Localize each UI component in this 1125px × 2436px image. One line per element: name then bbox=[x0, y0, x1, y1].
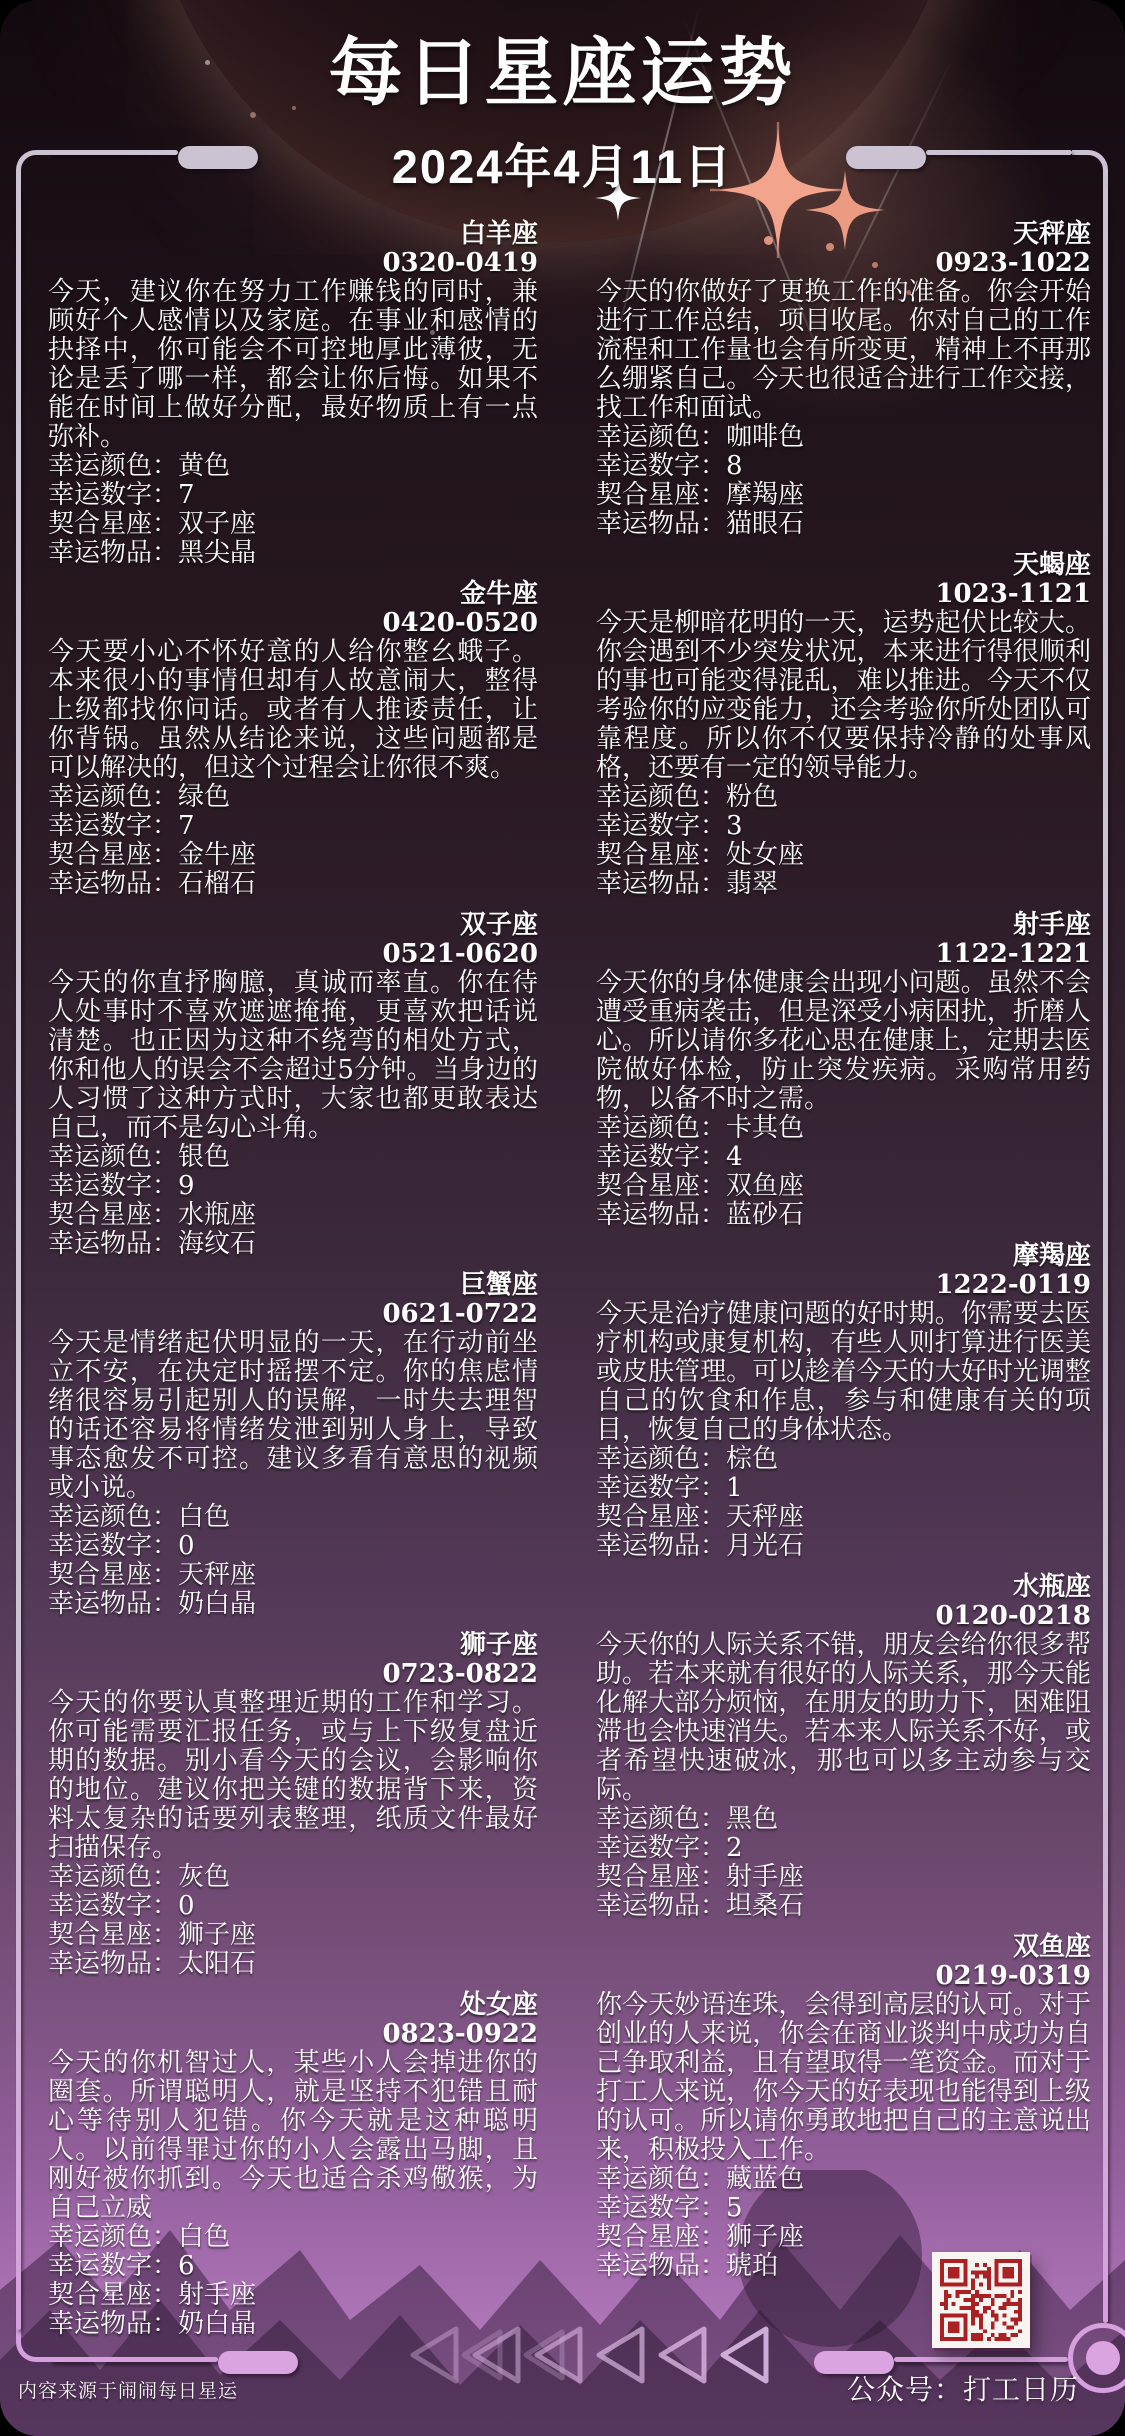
lucky-number-line: 幸运数字：0 bbox=[48, 1892, 538, 1921]
lucky-item-line: 幸运物品：奶白晶 bbox=[48, 1590, 538, 1619]
lucky-color-value: 黑色 bbox=[726, 1804, 778, 1834]
sign-date-range: 1122-1221 bbox=[596, 940, 1091, 969]
frame-corner bbox=[16, 2326, 52, 2362]
lucky-match-sign-label: 契合星座： bbox=[48, 840, 178, 870]
lucky-match-sign-label: 契合星座： bbox=[596, 1502, 726, 1532]
sign-section-aquarius: 水瓶座0120-0218今天你的人际关系不错，朋友会给你很多帮助。若本来就有很好… bbox=[596, 1573, 1091, 1921]
lucky-match-sign-value: 双子座 bbox=[178, 509, 256, 539]
sign-name: 天秤座 bbox=[596, 220, 1091, 249]
lucky-match-sign-value: 狮子座 bbox=[726, 2222, 804, 2252]
lucky-item-line: 幸运物品：海纹石 bbox=[48, 1230, 538, 1259]
sign-section-aries: 白羊座0320-0419今天，建议你在努力工作赚钱的同时，兼顾好个人感情以及家庭… bbox=[48, 220, 538, 568]
lucky-match-sign-label: 契合星座： bbox=[48, 509, 178, 539]
lucky-number-line: 幸运数字：7 bbox=[48, 812, 538, 841]
sign-horoscope-text: 今天的你直抒胸臆，真诚而率直。你在待人处事时不喜欢遮遮掩掩，更喜欢把话说清楚。也… bbox=[48, 969, 538, 1143]
lucky-item-line: 幸运物品：翡翠 bbox=[596, 870, 1091, 899]
lucky-match-sign-label: 契合星座： bbox=[48, 1920, 178, 1950]
lucky-number-value: 3 bbox=[726, 811, 743, 841]
lucky-match-sign-line: 契合星座：射手座 bbox=[596, 1863, 1091, 1892]
lucky-item-label: 幸运物品： bbox=[596, 1200, 726, 1230]
lucky-match-sign-value: 金牛座 bbox=[178, 840, 256, 870]
sign-section-capricorn: 摩羯座1222-0119今天是治疗健康问题的好时期。你需要去医疗机构或康复机构，… bbox=[596, 1242, 1091, 1561]
lucky-number-value: 0 bbox=[178, 1531, 195, 1561]
lucky-color-label: 幸运颜色： bbox=[48, 2222, 178, 2252]
lucky-number-value: 4 bbox=[726, 1142, 743, 1172]
frame-ring-dot bbox=[1086, 2341, 1120, 2375]
sign-name: 射手座 bbox=[596, 911, 1091, 940]
lucky-color-line: 幸运颜色：棕色 bbox=[596, 1445, 1091, 1474]
lucky-match-sign-line: 契合星座：处女座 bbox=[596, 841, 1091, 870]
lucky-item-label: 幸运物品： bbox=[48, 2309, 178, 2339]
lucky-number-value: 5 bbox=[726, 2193, 743, 2223]
sign-section-libra: 天秤座0923-1022今天的你做好了更换工作的准备。你会开始进行工作总结，项目… bbox=[596, 220, 1091, 539]
footer-source: 内容来源于闹闹每日星运 bbox=[18, 2376, 238, 2403]
lucky-color-value: 白色 bbox=[178, 1502, 230, 1532]
sign-section-leo: 狮子座0723-0822今天的你要认真整理近期的工作和学习。你可能需要汇报任务，… bbox=[48, 1631, 538, 1979]
lucky-number-value: 2 bbox=[726, 1833, 743, 1863]
lucky-number-value: 8 bbox=[726, 451, 743, 481]
sign-section-taurus: 金牛座0420-0520今天要小心不怀好意的人给你整幺蛾子。本来很小的事情但却有… bbox=[48, 580, 538, 899]
lucky-color-value: 咖啡色 bbox=[726, 422, 804, 452]
lucky-number-line: 幸运数字：7 bbox=[48, 481, 538, 510]
lucky-color-value: 银色 bbox=[178, 1142, 230, 1172]
sign-horoscope-text: 今天，建议你在努力工作赚钱的同时，兼顾好个人感情以及家庭。在事业和感情的抉择中，… bbox=[48, 278, 538, 452]
sign-section-virgo: 处女座0823-0922今天的你机智过人，某些小人会掉进你的圈套。所谓聪明人，就… bbox=[48, 1991, 538, 2339]
sign-horoscope-text: 今天是柳暗花明的一天，运势起伏比较大。你会遇到不少突发状况，本来进行得很顺利的事… bbox=[596, 609, 1091, 783]
lucky-color-label: 幸运颜色： bbox=[48, 782, 178, 812]
lucky-number-label: 幸运数字： bbox=[48, 811, 178, 841]
lucky-color-value: 粉色 bbox=[726, 782, 778, 812]
lucky-match-sign-value: 水瓶座 bbox=[178, 1200, 256, 1230]
lucky-match-sign-line: 契合星座：水瓶座 bbox=[48, 1201, 538, 1230]
lucky-match-sign-label: 契合星座： bbox=[596, 1862, 726, 1892]
lucky-number-label: 幸运数字： bbox=[596, 811, 726, 841]
lucky-item-label: 幸运物品： bbox=[48, 1589, 178, 1619]
lucky-item-label: 幸运物品： bbox=[596, 1891, 726, 1921]
lucky-color-value: 藏蓝色 bbox=[726, 2164, 804, 2194]
lucky-number-label: 幸运数字： bbox=[596, 1833, 726, 1863]
sign-horoscope-text: 今天的你机智过人，某些小人会掉进你的圈套。所谓聪明人，就是坚持不犯错且耐心等待别… bbox=[48, 2049, 538, 2223]
lucky-item-value: 琥珀 bbox=[726, 2251, 778, 2281]
sign-section-scorpio: 天蝎座1023-1121今天是柳暗花明的一天，运势起伏比较大。你会遇到不少突发状… bbox=[596, 551, 1091, 899]
arrow-decoration bbox=[408, 2326, 778, 2384]
lucky-match-sign-value: 天秤座 bbox=[726, 1502, 804, 1532]
lucky-number-label: 幸运数字： bbox=[48, 2251, 178, 2281]
lucky-number-label: 幸运数字： bbox=[48, 480, 178, 510]
sign-section-sagittarius: 射手座1122-1221今天你的身体健康会出现小问题。虽然不会遭受重病袭击，但是… bbox=[596, 911, 1091, 1230]
lucky-number-line: 幸运数字：0 bbox=[48, 1532, 538, 1561]
sign-horoscope-text: 今天的你要认真整理近期的工作和学习。你可能需要汇报任务，或与上下级复盘近期的数据… bbox=[48, 1689, 538, 1863]
sign-date-range: 0923-1022 bbox=[596, 249, 1091, 278]
lucky-match-sign-line: 契合星座：狮子座 bbox=[596, 2223, 1091, 2252]
page-title: 每日星座运势 bbox=[0, 14, 1125, 120]
sign-date-range: 0621-0722 bbox=[48, 1300, 538, 1329]
lucky-number-line: 幸运数字：3 bbox=[596, 812, 1091, 841]
lucky-match-sign-value: 处女座 bbox=[726, 840, 804, 870]
lucky-number-label: 幸运数字： bbox=[596, 451, 726, 481]
lucky-match-sign-label: 契合星座： bbox=[596, 480, 726, 510]
lucky-item-value: 太阳石 bbox=[178, 1949, 256, 1979]
lucky-match-sign-label: 契合星座： bbox=[48, 1200, 178, 1230]
lucky-item-line: 幸运物品：坦桑石 bbox=[596, 1892, 1091, 1921]
lucky-number-label: 幸运数字： bbox=[596, 1142, 726, 1172]
lucky-match-sign-line: 契合星座：双鱼座 bbox=[596, 1172, 1091, 1201]
sign-name: 摩羯座 bbox=[596, 1242, 1091, 1271]
lucky-item-value: 月光石 bbox=[726, 1531, 804, 1561]
lucky-match-sign-line: 契合星座：双子座 bbox=[48, 510, 538, 539]
lucky-item-value: 翡翠 bbox=[726, 869, 778, 899]
lucky-number-value: 9 bbox=[178, 1171, 195, 1201]
sign-name: 金牛座 bbox=[48, 580, 538, 609]
lucky-color-line: 幸运颜色：绿色 bbox=[48, 783, 538, 812]
lucky-item-value: 奶白晶 bbox=[178, 2309, 256, 2339]
lucky-color-line: 幸运颜色：藏蓝色 bbox=[596, 2165, 1091, 2194]
lucky-number-line: 幸运数字：4 bbox=[596, 1143, 1091, 1172]
lucky-item-line: 幸运物品：蓝砂石 bbox=[596, 1201, 1091, 1230]
sign-name: 处女座 bbox=[48, 1991, 538, 2020]
lucky-color-value: 白色 bbox=[178, 2222, 230, 2252]
lucky-item-value: 奶白晶 bbox=[178, 1589, 256, 1619]
sign-name: 狮子座 bbox=[48, 1631, 538, 1660]
lucky-color-value: 绿色 bbox=[178, 782, 230, 812]
right-column: 天秤座0923-1022今天的你做好了更换工作的准备。你会开始进行工作总结，项目… bbox=[596, 220, 1091, 2281]
lucky-color-line: 幸运颜色：白色 bbox=[48, 2223, 538, 2252]
lucky-match-sign-line: 契合星座：射手座 bbox=[48, 2281, 538, 2310]
lucky-item-line: 幸运物品：猫眼石 bbox=[596, 510, 1091, 539]
lucky-number-line: 幸运数字：5 bbox=[596, 2194, 1091, 2223]
lucky-color-line: 幸运颜色：黄色 bbox=[48, 452, 538, 481]
sign-date-range: 0120-0218 bbox=[596, 1602, 1091, 1631]
lucky-match-sign-label: 契合星座： bbox=[596, 1171, 726, 1201]
lucky-item-value: 黑尖晶 bbox=[178, 538, 256, 568]
lucky-number-label: 幸运数字： bbox=[48, 1891, 178, 1921]
lucky-match-sign-label: 契合星座： bbox=[48, 2280, 178, 2310]
lucky-match-sign-line: 契合星座：天秤座 bbox=[596, 1503, 1091, 1532]
lucky-item-label: 幸运物品： bbox=[596, 2251, 726, 2281]
lucky-number-label: 幸运数字： bbox=[48, 1531, 178, 1561]
lucky-color-label: 幸运颜色： bbox=[596, 2164, 726, 2194]
lucky-color-label: 幸运颜色： bbox=[596, 422, 726, 452]
lucky-number-line: 幸运数字：2 bbox=[596, 1834, 1091, 1863]
lucky-color-value: 卡其色 bbox=[726, 1113, 804, 1143]
lucky-match-sign-value: 天秤座 bbox=[178, 1560, 256, 1590]
sign-date-range: 0521-0620 bbox=[48, 940, 538, 969]
lucky-number-value: 7 bbox=[178, 480, 195, 510]
lucky-number-line: 幸运数字：1 bbox=[596, 1474, 1091, 1503]
sign-horoscope-text: 今天是情绪起伏明显的一天，在行动前坐立不安，在决定时摇摆不定。你的焦虑情绪很容易… bbox=[48, 1329, 538, 1503]
lucky-item-line: 幸运物品：月光石 bbox=[596, 1532, 1091, 1561]
lucky-color-line: 幸运颜色：银色 bbox=[48, 1143, 538, 1172]
lucky-item-label: 幸运物品： bbox=[48, 1949, 178, 1979]
lucky-match-sign-line: 契合星座：摩羯座 bbox=[596, 481, 1091, 510]
page-date: 2024年4月11日 bbox=[0, 130, 1125, 197]
sign-horoscope-text: 今天你的人际关系不错，朋友会给你很多帮助。若本来就有很好的人际关系，那今天能化解… bbox=[596, 1631, 1091, 1805]
lucky-item-line: 幸运物品：石榴石 bbox=[48, 870, 538, 899]
sign-name: 天蝎座 bbox=[596, 551, 1091, 580]
sign-section-cancer: 巨蟹座0621-0722今天是情绪起伏明显的一天，在行动前坐立不安，在决定时摇摆… bbox=[48, 1271, 538, 1619]
lucky-color-label: 幸运颜色： bbox=[48, 1502, 178, 1532]
lucky-match-sign-value: 摩羯座 bbox=[726, 480, 804, 510]
lucky-match-sign-value: 射手座 bbox=[178, 2280, 256, 2310]
sign-date-range: 0219-0319 bbox=[596, 1962, 1091, 1991]
lucky-number-line: 幸运数字：8 bbox=[596, 452, 1091, 481]
frame-bottom-left-line bbox=[50, 2357, 218, 2362]
lucky-item-line: 幸运物品：黑尖晶 bbox=[48, 539, 538, 568]
frame-right-line bbox=[1103, 184, 1108, 2323]
sign-name: 白羊座 bbox=[48, 220, 538, 249]
lucky-item-line: 幸运物品：太阳石 bbox=[48, 1950, 538, 1979]
lucky-number-value: 6 bbox=[178, 2251, 195, 2281]
lucky-color-label: 幸运颜色： bbox=[596, 782, 726, 812]
lucky-item-label: 幸运物品： bbox=[48, 869, 178, 899]
lucky-color-label: 幸运颜色： bbox=[48, 1142, 178, 1172]
sign-horoscope-text: 今天的你做好了更换工作的准备。你会开始进行工作总结，项目收尾。你对自己的工作流程… bbox=[596, 278, 1091, 423]
lucky-item-value: 猫眼石 bbox=[726, 509, 804, 539]
lucky-match-sign-value: 双鱼座 bbox=[726, 1171, 804, 1201]
lucky-color-value: 棕色 bbox=[726, 1444, 778, 1474]
qr-code bbox=[932, 2252, 1030, 2348]
sign-date-range: 0823-0922 bbox=[48, 2020, 538, 2049]
lucky-number-value: 7 bbox=[178, 811, 195, 841]
sign-name: 双鱼座 bbox=[596, 1933, 1091, 1962]
sign-name: 水瓶座 bbox=[596, 1573, 1091, 1602]
sign-section-gemini: 双子座0521-0620今天的你直抒胸臆，真诚而率直。你在待人处事时不喜欢遮遮掩… bbox=[48, 911, 538, 1259]
sign-horoscope-text: 你今天妙语连珠，会得到高层的认可。对于创业的人来说，你会在商业谈判中成功为自己争… bbox=[596, 1991, 1091, 2165]
lucky-color-line: 幸运颜色：咖啡色 bbox=[596, 423, 1091, 452]
lucky-number-value: 0 bbox=[178, 1891, 195, 1921]
lucky-color-line: 幸运颜色：白色 bbox=[48, 1503, 538, 1532]
frame-left-line bbox=[16, 184, 21, 2330]
lucky-number-label: 幸运数字： bbox=[48, 1171, 178, 1201]
lucky-item-label: 幸运物品： bbox=[596, 509, 726, 539]
lucky-match-sign-label: 契合星座： bbox=[48, 1560, 178, 1590]
lucky-number-line: 幸运数字：9 bbox=[48, 1172, 538, 1201]
lucky-color-value: 黄色 bbox=[178, 451, 230, 481]
lucky-color-label: 幸运颜色： bbox=[48, 1862, 178, 1892]
lucky-color-line: 幸运颜色：卡其色 bbox=[596, 1114, 1091, 1143]
lucky-item-value: 坦桑石 bbox=[726, 1891, 804, 1921]
lucky-match-sign-line: 契合星座：金牛座 bbox=[48, 841, 538, 870]
lucky-number-line: 幸运数字：6 bbox=[48, 2252, 538, 2281]
sign-horoscope-text: 今天你的身体健康会出现小问题。虽然不会遭受重病袭击，但是深受小病困扰，折磨人心。… bbox=[596, 969, 1091, 1114]
lucky-item-label: 幸运物品： bbox=[48, 538, 178, 568]
lucky-color-value: 灰色 bbox=[178, 1862, 230, 1892]
sign-horoscope-text: 今天是治疗健康问题的好时期。你需要去医疗机构或康复机构，有些人则打算进行医美或皮… bbox=[596, 1300, 1091, 1445]
lucky-match-sign-line: 契合星座：天秤座 bbox=[48, 1561, 538, 1590]
lucky-color-label: 幸运颜色： bbox=[596, 1444, 726, 1474]
lucky-color-label: 幸运颜色： bbox=[48, 451, 178, 481]
lucky-color-label: 幸运颜色： bbox=[596, 1804, 726, 1834]
lucky-item-value: 石榴石 bbox=[178, 869, 256, 899]
lucky-match-sign-value: 狮子座 bbox=[178, 1920, 256, 1950]
lucky-match-sign-label: 契合星座： bbox=[596, 840, 726, 870]
sign-date-range: 0723-0822 bbox=[48, 1660, 538, 1689]
lucky-item-label: 幸运物品： bbox=[596, 1531, 726, 1561]
sign-date-range: 1222-0119 bbox=[596, 1271, 1091, 1300]
lucky-item-value: 蓝砂石 bbox=[726, 1200, 804, 1230]
lucky-item-label: 幸运物品： bbox=[48, 1229, 178, 1259]
lucky-number-label: 幸运数字： bbox=[596, 2193, 726, 2223]
lucky-number-value: 1 bbox=[726, 1473, 743, 1503]
lucky-color-line: 幸运颜色：黑色 bbox=[596, 1805, 1091, 1834]
lucky-match-sign-label: 契合星座： bbox=[596, 2222, 726, 2252]
sign-section-pisces: 双鱼座0219-0319你今天妙语连珠，会得到高层的认可。对于创业的人来说，你会… bbox=[596, 1933, 1091, 2281]
sign-name: 双子座 bbox=[48, 911, 538, 940]
sign-date-range: 1023-1121 bbox=[596, 580, 1091, 609]
lucky-item-value: 海纹石 bbox=[178, 1229, 256, 1259]
lucky-color-label: 幸运颜色： bbox=[596, 1113, 726, 1143]
sign-date-range: 0420-0520 bbox=[48, 609, 538, 638]
lucky-color-line: 幸运颜色：灰色 bbox=[48, 1863, 538, 1892]
sign-date-range: 0320-0419 bbox=[48, 249, 538, 278]
lucky-item-label: 幸运物品： bbox=[596, 869, 726, 899]
footer-account: 公众号：打工日历 bbox=[847, 2368, 1079, 2408]
left-column: 白羊座0320-0419今天，建议你在努力工作赚钱的同时，兼顾好个人感情以及家庭… bbox=[48, 220, 538, 2339]
frame-capsule bbox=[218, 2351, 298, 2374]
lucky-number-label: 幸运数字： bbox=[596, 1473, 726, 1503]
lucky-match-sign-line: 契合星座：狮子座 bbox=[48, 1921, 538, 1950]
lucky-color-line: 幸运颜色：粉色 bbox=[596, 783, 1091, 812]
horoscope-poster: 每日星座运势 2024年4月11日 白羊座0320-0419今天，建议你在努力工… bbox=[0, 0, 1125, 2436]
lucky-match-sign-value: 射手座 bbox=[726, 1862, 804, 1892]
frame-bottom-right-line bbox=[894, 2357, 1068, 2362]
sign-horoscope-text: 今天要小心不怀好意的人给你整幺蛾子。本来很小的事情但却有人故意闹大，整得上级都找… bbox=[48, 638, 538, 783]
sign-name: 巨蟹座 bbox=[48, 1271, 538, 1300]
